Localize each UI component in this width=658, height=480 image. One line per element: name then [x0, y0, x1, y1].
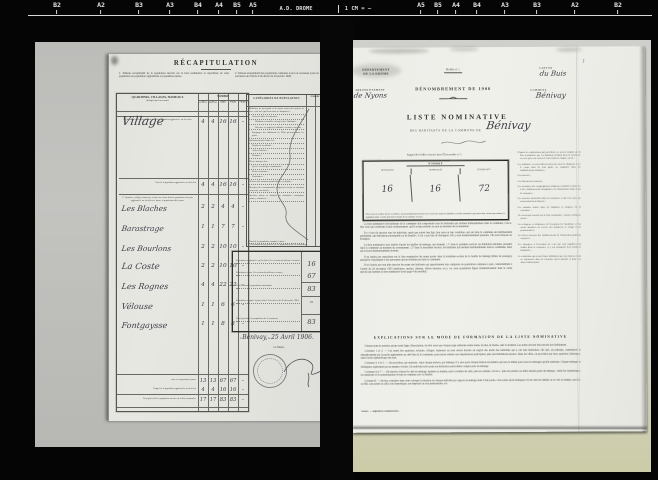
ruler-tick	[574, 10, 575, 14]
denombrement-value: 83	[303, 285, 320, 293]
ruler-mark: A5	[417, 2, 425, 14]
denombrement-title: DÉNOMBREMENT DE 1906	[403, 86, 503, 92]
instruction-item: Les malades traités dans les hôpitaux et…	[518, 205, 581, 212]
column-label: DE MÉNAGES	[208, 102, 218, 106]
ruler-tick	[536, 10, 537, 14]
explication-paragraph: Colonne 8. — On fera connaître dans cett…	[361, 378, 581, 386]
ruler-mark-label: A2	[97, 2, 105, 9]
denombrement-value: 83	[303, 318, 320, 326]
modele-text: Modèle n° 1.	[446, 68, 461, 71]
ruler-mark-label: A5	[417, 2, 425, 9]
column-label: D'INDI- VIDUS	[218, 102, 228, 106]
ruler-bar: B2 A2 B3 A3 B4	[0, 0, 658, 20]
nombre-header: NOMBRE	[198, 95, 248, 98]
count-menages: 1	[208, 224, 218, 230]
instruction-item: Les individus qui n'ont d'autre habitati…	[518, 254, 581, 264]
page-gutter-shadow	[320, 20, 353, 480]
ruler-tick	[504, 10, 505, 14]
ruler-mark: B2	[614, 2, 622, 14]
totals-top-line	[117, 374, 248, 375]
ruler-mark: B5	[233, 2, 241, 14]
ruler-mark: B3	[533, 2, 541, 14]
ruler-tick	[617, 10, 618, 14]
grand-total-cell: 13	[198, 378, 208, 384]
grand-total-cell: 83	[218, 397, 228, 403]
rappel-value: 16	[411, 175, 461, 206]
date-value: 25 Avril 1906.	[271, 334, 314, 341]
count-maisons: 1	[198, 321, 208, 327]
denombrement-value: 67	[303, 272, 320, 280]
instruction-paragraph: La liste nominative des habitants de la …	[360, 222, 512, 229]
count-maisons: 2	[198, 204, 208, 210]
ruler-mark-label: A2	[571, 2, 579, 9]
grand-total-cell: -	[238, 387, 248, 393]
scale-tick	[338, 5, 339, 13]
ruler-mark-label: B5	[233, 2, 241, 9]
instruction-paragraph: Il ne faudra pas reproduire sur la liste…	[360, 255, 512, 262]
ruler-mark: B2	[53, 2, 61, 14]
ruler-tick	[252, 10, 253, 14]
count-maisons: 2	[198, 244, 208, 250]
total-cell: 4	[198, 182, 208, 188]
count-individus: 8	[218, 321, 228, 327]
grand-total-label: Total de la population éparse	[119, 379, 196, 382]
grand-total-label: Rappel de la population agglomérée au ch…	[119, 388, 196, 391]
header-subtext: (désignés par leurs noms)	[117, 100, 198, 104]
count-individus: 7	[218, 224, 228, 230]
ruler-tick	[56, 10, 57, 14]
grand-total-label: Total général de la population inscrite …	[119, 398, 196, 401]
rappel-values: 16 16 72	[364, 176, 508, 204]
date-mid: le	[268, 336, 270, 340]
rappel-value: 72	[459, 174, 508, 204]
ruler-mark-label: A3	[166, 2, 174, 9]
date-line: à Bénivay, le 25 Avril 1906.	[227, 334, 327, 341]
section-2-label: 2° Quartiers, villages, hameaux, fermes …	[120, 197, 195, 203]
count-habitants: 16	[228, 119, 238, 125]
instruction-item: Les élèves internes des établissements d…	[518, 234, 581, 241]
table-denombrement: Population agglomérée au chef-lieu (1re …	[232, 251, 325, 332]
ruler-mark: A5	[249, 2, 257, 14]
denombrement-label: Population agglomérée au chef-lieu (1re …	[236, 260, 300, 264]
ruler-tick	[420, 10, 421, 14]
hamlet-name: Village	[121, 114, 165, 128]
commune-value: Bénivay	[535, 91, 566, 100]
count-menages: 1	[208, 302, 218, 308]
torn-bottom-edge	[353, 425, 647, 429]
ruler-mark-label: B4	[194, 2, 202, 9]
department-line2: DE LA DRÔME	[363, 72, 389, 76]
grand-total-cell: 67	[228, 378, 238, 384]
grand-total-cell: -	[238, 397, 248, 403]
ruler-line	[28, 15, 652, 16]
column-label: DE MAISONS	[198, 102, 208, 106]
explications-paragraphs: Chaque nom ne prendra qu'une seule ligne…	[361, 344, 581, 389]
ruler-mark: B4	[194, 2, 202, 14]
hamlet-row: Barastrage 1 1 7 7 -	[117, 221, 248, 233]
ruler-mark-label: A5	[249, 2, 257, 9]
instructions-left-column: La liste nominative des habitants de la …	[360, 222, 512, 276]
arrondissement-value: de Nyons	[353, 92, 387, 100]
hamlet-row: Les Rognes 4 4 22 22 -	[117, 279, 248, 291]
grand-total-cell: 13	[208, 378, 218, 384]
grand-total-row: Total de la population éparse 13 13 67 6…	[117, 378, 248, 387]
column-number: 1	[198, 112, 208, 114]
ruler-tick	[455, 10, 456, 14]
grand-total-cell: 16	[228, 387, 238, 393]
column-label: D'HABI- TANTS	[228, 102, 238, 106]
edge-smudge	[556, 48, 582, 52]
ruler-mark-label: A4	[215, 2, 223, 9]
grand-total-cell: 83	[228, 397, 238, 403]
column-number: 3	[218, 112, 228, 114]
ruler-mark-label: A4	[452, 2, 460, 9]
ruler-mark-label: B3	[533, 2, 541, 9]
instruction-paragraph: La liste nominative sera établie d'après…	[360, 243, 512, 254]
denombrement-label: Population éparse (2e section du tableau…	[236, 272, 300, 276]
hamlet-name: Les Bourlons	[121, 244, 172, 253]
count-habitants: 4	[228, 204, 238, 210]
ruler-mark: A4	[215, 2, 223, 14]
total-line	[119, 194, 248, 195]
grand-total-cell: 17	[198, 397, 208, 403]
denombrement-heading: 3° Dénombrement général de la population…	[227, 243, 327, 246]
page-recapitulation: RÉCAPITULATION 1. Tableau récapitulatif …	[108, 54, 323, 421]
ruler-mark-label: B2	[614, 2, 622, 9]
rappel-column-label: DE MÉNAGES	[412, 168, 460, 174]
instruction-item: Les internés ;	[518, 174, 581, 177]
maire-label: Le Maire,	[259, 346, 299, 349]
note-2: 2. Tableau récapitulatif des populations…	[235, 72, 319, 79]
count-menages: 2	[208, 204, 218, 210]
instructions-right-column: D'après les explications qui précèdent, …	[518, 151, 582, 267]
ruler-mark: A3	[166, 2, 174, 14]
total-cell: 16	[228, 182, 238, 188]
ruler-mark-label: B5	[434, 2, 442, 9]
hamlet-name: Les Blaches	[121, 204, 168, 213]
count-individus: 22	[218, 282, 228, 288]
hamlet-row: Vélouse 1 1 6 6 -	[117, 299, 248, 311]
rappel-footnote: S'il y a lieu de rectifier l'un de ces c…	[366, 213, 505, 219]
printer-footer: Valence. — Imprimerie administrative.	[361, 411, 399, 413]
instruction-item: Les détenus des maisons ;	[518, 179, 581, 182]
hamlet-row: La Coste 2 2 10 10 -	[117, 260, 248, 272]
explication-paragraph: Chaque nom ne prendra qu'une seule ligne…	[361, 344, 581, 348]
count-habitants: 7	[228, 224, 238, 230]
instruction-item: Les étrangers, à l'exception de ceux qui…	[518, 243, 581, 253]
note-1: 1. Tableau récapitulatif de la populatio…	[119, 72, 229, 79]
canton-value: du Buis	[539, 70, 567, 78]
ruler-tick	[197, 10, 198, 14]
rappel-columns: DE MAISONS DE MÉNAGES D'HABITANTS	[364, 168, 508, 174]
count-menages: 2	[208, 244, 218, 250]
date-place: Bénivay,	[242, 334, 267, 341]
edge-smudge	[369, 48, 429, 53]
instruction-item: D'après les explications qui précèdent, …	[518, 151, 581, 161]
instruction-item: Les militaires et sous-officiers présent…	[518, 162, 581, 172]
instruction-item: Les ouvriers domiciliés dans la commune …	[518, 197, 581, 204]
total-cell: 16	[218, 182, 228, 188]
hamlet-name: Vélouse	[121, 302, 153, 311]
column-number: 2	[208, 112, 218, 114]
grand-total-cell: 67	[218, 378, 228, 384]
recapitulation-title: RÉCAPITULATION	[109, 60, 323, 67]
instruction-item: Ne seront pas inscrits sur la liste nomi…	[518, 214, 581, 221]
count-individus: 16	[218, 119, 228, 125]
total-cell: 4	[208, 182, 218, 188]
instruction-item: Les membres des congrégations religieuse…	[518, 185, 581, 195]
hamlet-name: Barastrage	[121, 224, 164, 233]
count-individus: 10	[218, 263, 228, 269]
ruler-mark: A4	[452, 2, 460, 14]
modele-rule	[444, 72, 462, 73]
value-column-line	[301, 252, 302, 331]
explication-paragraph: Colonnes 6 et 7. — On inscrira d'abord l…	[361, 370, 581, 378]
count-maisons: 4	[198, 282, 208, 288]
count-menages: 2	[208, 263, 218, 269]
title-rule	[201, 69, 231, 71]
department-stamp: DÉPARTEMENT DE LA DRÔME	[353, 68, 399, 76]
rappel-table: NOMBRE DE MAISONS DE MÉNAGES D'HABITANTS…	[363, 160, 509, 221]
ruler-mark: A2	[571, 2, 579, 14]
ruler-tick	[100, 10, 101, 14]
page-number-mark: 1	[582, 59, 585, 65]
grand-total-cell: 16	[218, 387, 228, 393]
explication-paragraph: Colonnes 3, 4 et 5. — On procédera, par …	[361, 361, 581, 369]
denombrement-value: "	[303, 300, 320, 308]
instruction-item: Les religieux et religieuses (à l'except…	[518, 222, 581, 232]
hamlet-name: Les Rognes	[121, 282, 169, 291]
table-header-quartiers: QUARTIERS, VILLAGES, HAMEAUX (désignés p…	[117, 96, 198, 103]
ruler-tick	[169, 10, 170, 14]
ruler-mark-label: B3	[135, 2, 143, 9]
grand-total-cell: 4	[208, 387, 218, 393]
ruler-mark-label: B2	[53, 2, 61, 9]
rappel-column-label: D'HABITANTS	[460, 168, 507, 174]
denombrement-value: 16	[303, 260, 320, 268]
count-individus: 4	[218, 204, 228, 210]
table-quartiers: QUARTIERS, VILLAGES, HAMEAUX (désignés p…	[116, 93, 249, 412]
ornament-rule	[439, 96, 467, 101]
count-menages: 1	[208, 321, 218, 327]
grand-total-cell: -	[238, 378, 248, 384]
scale-label: 1 CM = —	[345, 6, 372, 12]
subtitle: DES HABITANTS DE LA COMMUNE DE	[391, 128, 481, 132]
hamlet-name: Fontgaysse	[121, 321, 168, 330]
denombrement-label: Total général de la population de la com…	[236, 318, 300, 322]
count-maisons: 1	[198, 224, 208, 230]
microfilm-scan: B2 A2 B3 A3 B4	[0, 0, 658, 480]
archive-label: A.D. DROME	[279, 6, 312, 12]
edge-smudge	[449, 47, 479, 51]
rappel-nombre-header: NOMBRE	[407, 162, 465, 166]
flourish	[441, 139, 485, 146]
grand-total-row: Rappel de la population agglomérée au ch…	[117, 387, 248, 396]
column-number: 4	[228, 112, 238, 114]
grand-total-row: Total général de la population inscrite …	[117, 397, 248, 406]
ruler-tick	[437, 10, 438, 14]
hamlet-row: Village 4 4 16 16 -	[117, 116, 248, 128]
rappel-caption: Rappel des chiffres inscrits dans l'État…	[363, 153, 507, 157]
count-maisons: 4	[198, 119, 208, 125]
count-menages: 4	[208, 282, 218, 288]
ruler-mark-label: A3	[501, 2, 509, 9]
ruler-mark: B3	[135, 2, 143, 14]
totals-line	[117, 394, 248, 395]
ruler-mark: A2	[97, 2, 105, 14]
ruler-tick	[476, 10, 477, 14]
hamlet-row: Fontgaysse 1 1 8 8 -	[117, 318, 248, 330]
hamlet-name: La Coste	[121, 262, 160, 272]
instruction-paragraph: Il n'y faudra pas non plus inscrire les …	[360, 263, 512, 274]
grand-total-cell: 4	[198, 387, 208, 393]
total-agglomeree-row: 4 4 16 16 -	[117, 179, 248, 191]
ruler-mark: B5	[434, 2, 442, 14]
ruler-mark: A3	[501, 2, 509, 14]
rappel-column-label: DE MAISONS	[364, 168, 412, 174]
grand-total-cell: 17	[208, 397, 218, 403]
explication-paragraph: Colonnes 1 et 2. — Les noms des quartier…	[361, 349, 581, 360]
ruler-tick	[236, 10, 237, 14]
count-menages: 4	[208, 119, 218, 125]
ruler-tick	[218, 10, 219, 14]
totals-bottom-line	[117, 407, 248, 408]
ruler-mark: B4	[473, 2, 481, 14]
modele-label: Modèle n° 1.	[431, 68, 475, 73]
handwritten-strike-line	[247, 95, 324, 246]
count-maisons: 1	[198, 302, 208, 308]
count-maisons: 2	[198, 263, 208, 269]
instruction-paragraph: Il y a lieu d'y inscrire tous les indivi…	[360, 231, 512, 242]
table-categories: CATÉGORIES DE POPULATION NOMBRE Militair…	[246, 94, 325, 247]
commune-handwritten: Bénivay	[485, 119, 531, 132]
explications-title: EXPLICATIONS SUR LE MODE DE FORMATION DE…	[361, 335, 581, 340]
denombrement-label: Total formant la population municipale	[236, 285, 300, 289]
page-liste-nominative: DÉPARTEMENT DE LA DRÔME ARRONDISSEMENT d…	[351, 46, 647, 433]
header-text: QUARTIERS, VILLAGES, HAMEAUX	[131, 95, 183, 99]
ruler-tick	[138, 10, 139, 14]
denombrement-label: Population comptée à part (article 9 du …	[236, 300, 300, 304]
count-individus: 6	[218, 302, 228, 308]
rappel-value: 16	[363, 175, 413, 206]
ruler-mark-label: B4	[473, 2, 481, 9]
